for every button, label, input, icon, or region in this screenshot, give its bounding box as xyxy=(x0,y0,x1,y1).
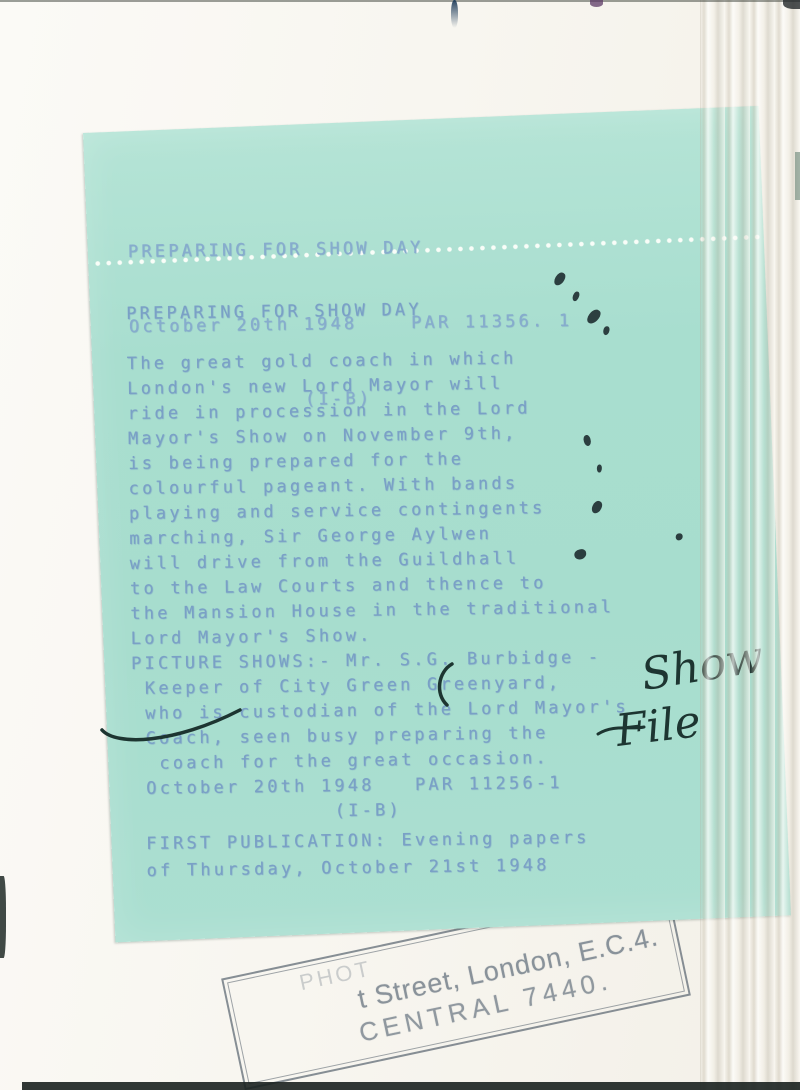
pen-underline-mark xyxy=(102,710,240,740)
first-publication-note: FIRST PUBLICATION: Evening papers of Thu… xyxy=(146,825,590,885)
scan-edge-right xyxy=(795,152,800,200)
scanned-photo-back: PHOT t Street, London, E.C.4. CENTRAL 74… xyxy=(0,0,800,1090)
crease-stripes xyxy=(700,0,800,1090)
scan-edge-corner xyxy=(783,0,800,9)
ink-drip-mark xyxy=(451,0,458,28)
scan-edge-top xyxy=(0,0,800,2)
handwritten-word-file: File xyxy=(612,696,703,757)
purple-ink-speck xyxy=(590,0,603,7)
scan-edge-left xyxy=(0,876,6,958)
ink-smudge xyxy=(676,533,683,540)
pen-marks xyxy=(90,650,490,750)
pen-bracket-mark xyxy=(440,664,452,705)
header-title: PREPARING FOR SHOW DAY xyxy=(128,234,572,265)
scan-edge-bottom xyxy=(22,1082,800,1090)
